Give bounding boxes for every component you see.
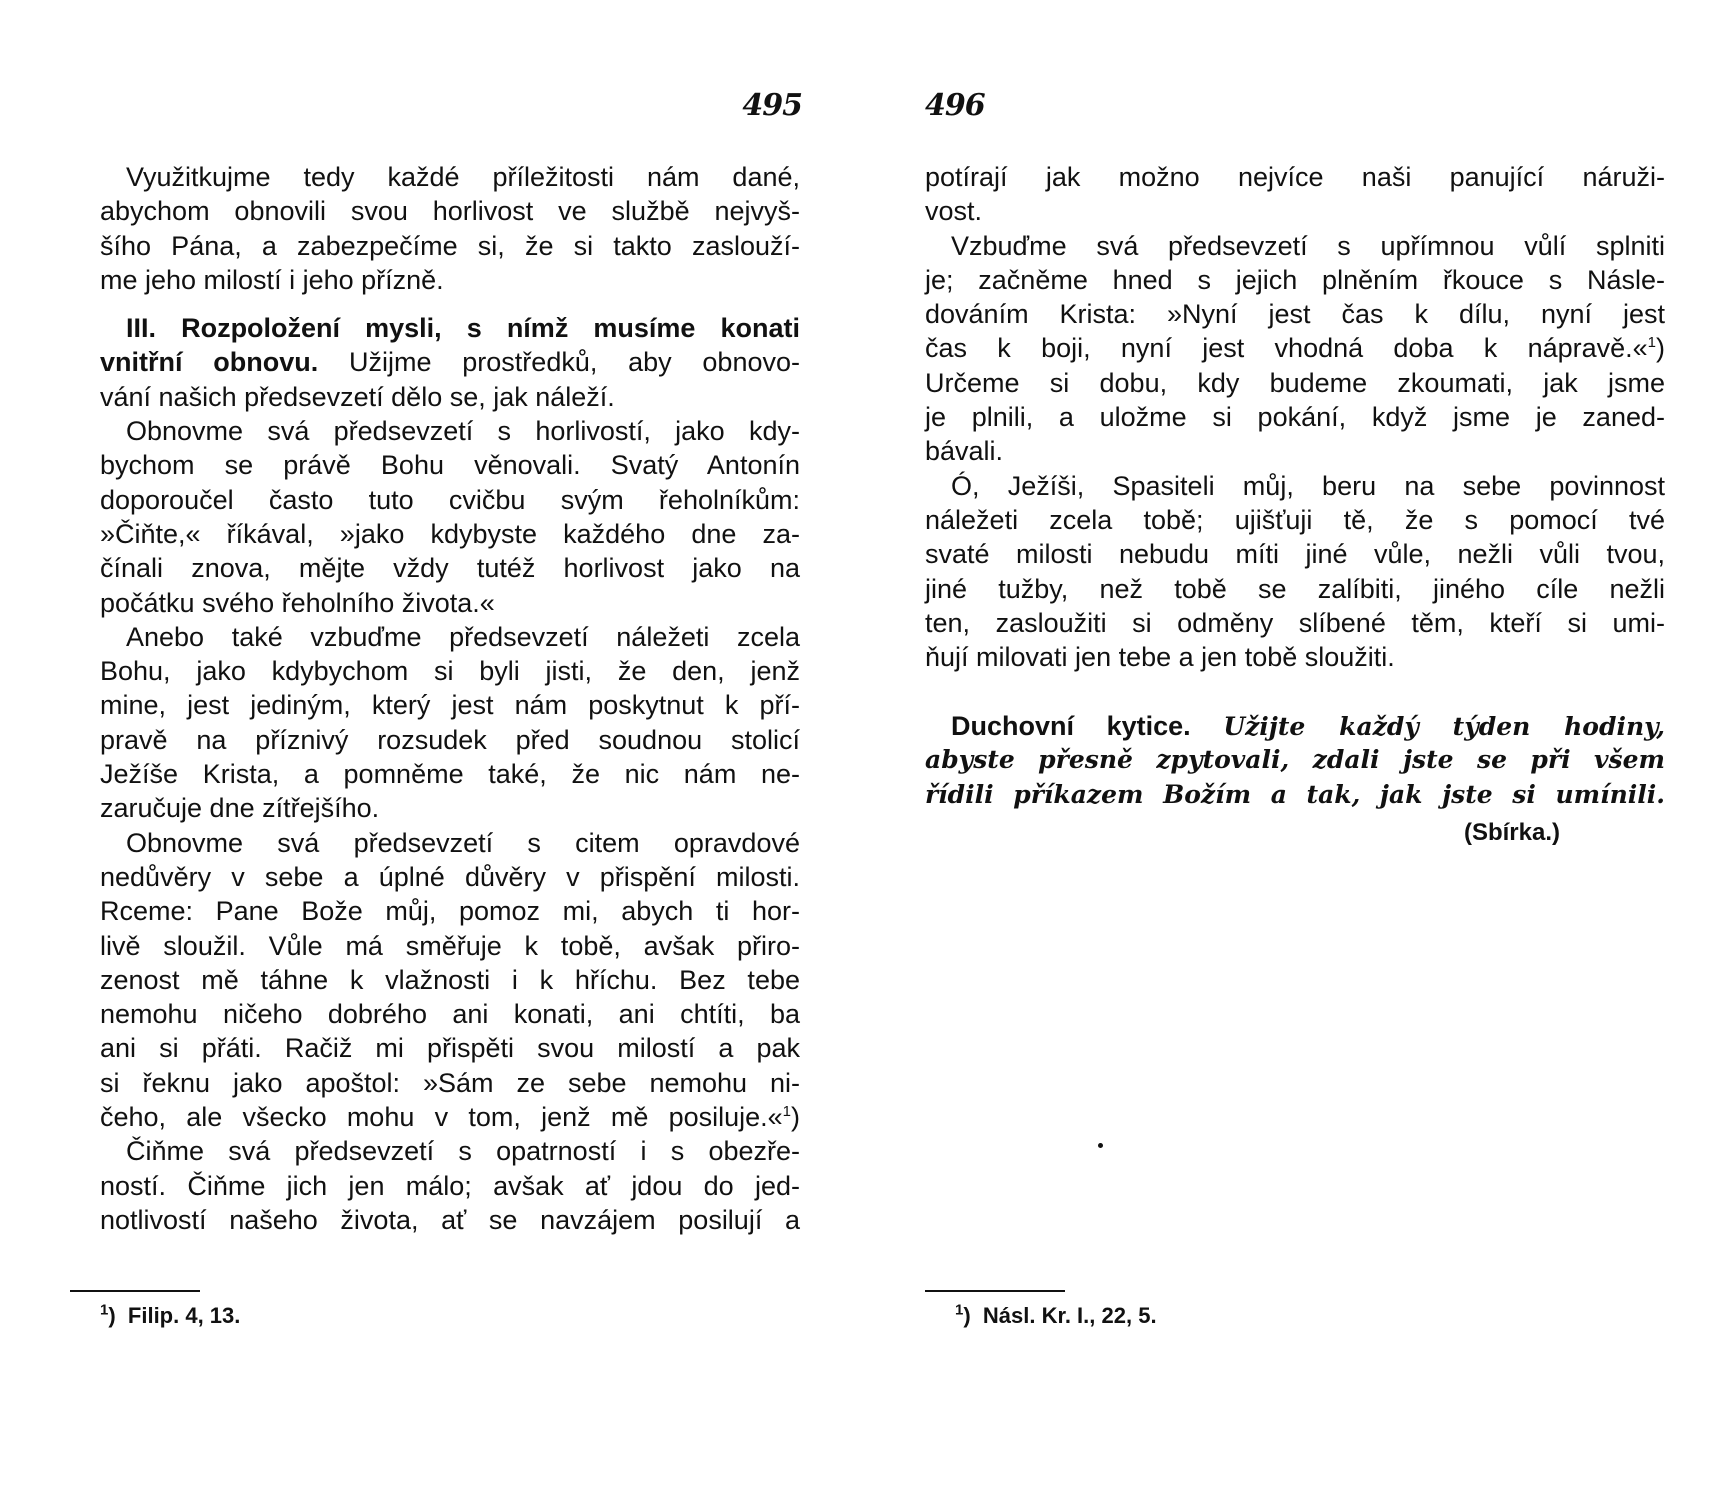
line-text: Ó, Ježíši, Spasiteli můj, beru na sebe p… — [951, 471, 1665, 501]
footnote-ref: 1 — [1648, 334, 1656, 351]
bouquet-label: Duchovní kytice. — [951, 711, 1191, 741]
paragraph-gap — [100, 297, 800, 311]
text-line: jiné tužby, než tobě se zalíbiti, jiného… — [925, 572, 1665, 606]
text-line: pravě na příznivý rozsudek před soudnou … — [100, 723, 800, 757]
line-text: je plnili, a uložme si pokání, když jsme… — [925, 402, 1665, 432]
text-line: III. Rozpoložení mysli, s nímž musíme ko… — [100, 311, 800, 345]
text-line: počátku svého řeholního života.« — [100, 586, 800, 620]
text-line: je; začněme hned s jejich plněním řkouce… — [925, 263, 1665, 297]
text-line: Čiňme svá předsevzetí s opatrností i s o… — [100, 1134, 800, 1168]
line-text: čeho, ale všecko mohu v tom, jenž mě pos… — [100, 1102, 783, 1132]
speck — [1098, 1143, 1103, 1148]
footnote: 1) Filip. 4, 13. — [100, 1303, 240, 1329]
footnote-text: Násl. Kr. I., 22, 5. — [983, 1303, 1157, 1328]
line-text: vost. — [925, 196, 982, 226]
text-line: čas k boji, nyní jest vhodná doba k nápr… — [925, 331, 1665, 365]
line-text: nedůvěry v sebe a úplné důvěry v přispěn… — [100, 862, 800, 892]
line-text: Bohu, jako kdybychom si byli jisti, že d… — [100, 656, 800, 686]
line-text: bávali. — [925, 436, 1003, 466]
text-line: čínali znova, mějte vždy tutéž horlivost… — [100, 551, 800, 585]
line-text: jiné tužby, než tobě se zalíbiti, jiného… — [925, 574, 1665, 604]
line-text: abychom obnovili svou horlivost ve služb… — [100, 196, 800, 226]
text-line: Rceme: Pane Bože můj, pomoz mi, abych ti… — [100, 894, 800, 928]
line-text: náležeti zcela tobě; ujišťuji tě, že s p… — [925, 505, 1665, 535]
text-line: ani si přáti. Račiž mi přispěti svou mil… — [100, 1031, 800, 1065]
section-heading: III. Rozpoložení mysli, s nímž musíme ko… — [126, 313, 800, 343]
text-line: doporoučel často tuto cvičbu svým řeholn… — [100, 483, 800, 517]
footnote: 1) Násl. Kr. I., 22, 5. — [955, 1303, 1157, 1329]
line-text: nemohu ničeho dobrého ani konati, ani ch… — [100, 999, 800, 1029]
footnote-rule — [925, 1290, 1065, 1292]
line-text: čas k boji, nyní jest vhodná doba k nápr… — [925, 333, 1648, 363]
line-text: Ježíše Krista, a pomněme také, že nic ná… — [100, 759, 800, 789]
line-text: doporoučel často tuto cvičbu svým řeholn… — [100, 485, 800, 515]
text-line: mine, jest jediným, který jest nám posky… — [100, 688, 800, 722]
text-line: dováním Krista: »Nyní jest čas k dílu, n… — [925, 297, 1665, 331]
text-line: je plnili, a uložme si pokání, když jsme… — [925, 400, 1665, 434]
line-text: potírají jak možno nejvíce naši panující… — [925, 162, 1665, 192]
bouquet-text: Užijte každý týden hodiny, — [1223, 712, 1665, 741]
text-line: bychom se právě Bohu věnovali. Svatý Ant… — [100, 448, 800, 482]
text-line: ten, zasloužiti si odměny slíbené těm, k… — [925, 606, 1665, 640]
line-text: čínali znova, mějte vždy tutéž horlivost… — [100, 553, 800, 583]
text-line: Obnovme svá předsevzetí s citem opravdov… — [100, 826, 800, 860]
line-text: si řeknu jako apoštol: »Sám ze sebe nemo… — [100, 1068, 800, 1098]
text-line: potírají jak možno nejvíce naši panující… — [925, 160, 1665, 194]
text-line: Anebo také vzbuďme předsevzetí náležeti … — [100, 620, 800, 654]
right-page: 496 potírají jak možno nejvíce naši panu… — [925, 0, 1665, 1500]
bouquet-source: (Sbírka.) — [925, 816, 1665, 850]
text-line: Bohu, jako kdybychom si byli jisti, že d… — [100, 654, 800, 688]
text-line: nedůvěry v sebe a úplné důvěry v přispěn… — [100, 860, 800, 894]
text-line: zenost mě táhne k vlažnosti i k hříchu. … — [100, 963, 800, 997]
text-line: si řeknu jako apoštol: »Sám ze sebe nemo… — [100, 1066, 800, 1100]
text-line: livě sloužil. Vůle má směřuje k tobě, av… — [100, 929, 800, 963]
text-line: ňují milovati jen tebe a jen tobě slouži… — [925, 640, 1665, 674]
spiritual-bouquet: Duchovní kytice. Užijte každý týden hodi… — [925, 709, 1665, 850]
text-line: notlivostí našeho života, ať se navzájem… — [100, 1203, 800, 1237]
left-page: 495 Využitkujme tedy každé příležitosti … — [100, 0, 800, 1500]
text-line: »Čiňte,« říkával, »jako kdybyste každého… — [100, 517, 800, 551]
line-text: ten, zasloužiti si odměny slíbené těm, k… — [925, 608, 1665, 638]
footnote-ref-paren: ) — [791, 1102, 800, 1132]
footnote-ref: 1 — [783, 1103, 791, 1120]
line-text: Užijme prostředků, aby obnovo- — [318, 347, 800, 377]
page-number: 496 — [925, 88, 985, 123]
text-line: Ó, Ježíši, Spasiteli můj, beru na sebe p… — [925, 469, 1665, 503]
line-text: Určeme si dobu, kdy budeme zkoumati, jak… — [925, 368, 1665, 398]
footnote-text: Filip. 4, 13. — [128, 1303, 240, 1328]
line-text: ností. Čiňme jich jen málo; avšak ať jdo… — [100, 1171, 800, 1201]
page-body: Využitkujme tedy každé příležitosti nám … — [100, 160, 800, 1237]
line-text: počátku svého řeholního života.« — [100, 588, 495, 618]
line-text: ani si přáti. Račiž mi přispěti svou mil… — [100, 1033, 800, 1063]
line-text: bychom se právě Bohu věnovali. Svatý Ant… — [100, 450, 800, 480]
text-line: Vzbuďme svá předsevzetí s upřímnou vůlí … — [925, 229, 1665, 263]
line-text: livě sloužil. Vůle má směřuje k tobě, av… — [100, 931, 800, 961]
text-line: šího Pána, a zabezpečíme si, že si takto… — [100, 229, 800, 263]
line-text: pravě na příznivý rozsudek před soudnou … — [100, 725, 800, 755]
text-line: náležeti zcela tobě; ujišťuji tě, že s p… — [925, 503, 1665, 537]
line-text: notlivostí našeho života, ať se navzájem… — [100, 1205, 800, 1235]
text-line: nemohu ničeho dobrého ani konati, ani ch… — [100, 997, 800, 1031]
line-text: Využitkujme tedy každé příležitosti nám … — [126, 162, 800, 192]
line-text: »Čiňte,« říkával, »jako kdybyste každého… — [100, 519, 800, 549]
text-line: Využitkujme tedy každé příležitosti nám … — [100, 160, 800, 194]
text-line: vání našich předsevzetí dělo se, jak nál… — [100, 380, 800, 414]
line-text: Obnovme svá předsevzetí s citem opravdov… — [126, 828, 800, 858]
line-text: Čiňme svá předsevzetí s opatrností i s o… — [126, 1136, 800, 1166]
text-line: Obnovme svá předsevzetí s horlivostí, ja… — [100, 414, 800, 448]
text-line: Ježíše Krista, a pomněme také, že nic ná… — [100, 757, 800, 791]
line-text: vání našich předsevzetí dělo se, jak nál… — [100, 382, 615, 412]
text-line: vnitřní obnovu. Užijme prostředků, aby o… — [100, 345, 800, 379]
text-line: ností. Čiňme jich jen málo; avšak ať jdo… — [100, 1169, 800, 1203]
line-text: je; začněme hned s jejich plněním řkouce… — [925, 265, 1665, 295]
line-text: šího Pána, a zabezpečíme si, že si takto… — [100, 231, 800, 261]
text-line: bávali. — [925, 434, 1665, 468]
line-text: zenost mě táhne k vlažnosti i k hříchu. … — [100, 965, 800, 995]
line-text: Vzbuďme svá předsevzetí s upřímnou vůlí … — [951, 231, 1665, 261]
line-text: me jeho milostí i jeho přízně. — [100, 265, 444, 295]
text-line: vost. — [925, 194, 1665, 228]
bouquet-line: abyste přesně zpytovali, zdali jste se p… — [925, 743, 1665, 777]
line-text: svaté milosti nebudu míti jiné vůle, než… — [925, 539, 1665, 569]
line-text: Obnovme svá předsevzetí s horlivostí, ja… — [126, 416, 800, 446]
text-line: čeho, ale všecko mohu v tom, jenž mě pos… — [100, 1100, 800, 1134]
text-line: abychom obnovili svou horlivost ve služb… — [100, 194, 800, 228]
footnote-rule — [70, 1290, 200, 1292]
footnote-ref-paren: ) — [1656, 333, 1665, 363]
line-text: Anebo také vzbuďme předsevzetí náležeti … — [126, 622, 800, 652]
text-line: svaté milosti nebudu míti jiné vůle, než… — [925, 537, 1665, 571]
line-text: Rceme: Pane Bože můj, pomoz mi, abych ti… — [100, 896, 800, 926]
text-line: me jeho milostí i jeho přízně. — [100, 263, 800, 297]
section-heading: vnitřní obnovu. — [100, 347, 318, 377]
line-text: zaručuje dne zítřejšího. — [100, 793, 379, 823]
line-text: dováním Krista: »Nyní jest čas k dílu, n… — [925, 299, 1665, 329]
line-text: mine, jest jediným, který jest nám posky… — [100, 690, 800, 720]
bouquet-line: řídili příkazem Božím a tak, jak jste si… — [925, 778, 1665, 812]
text-line: zaručuje dne zítřejšího. — [100, 791, 800, 825]
page-body: potírají jak možno nejvíce naši panující… — [925, 160, 1665, 674]
bouquet-line: Duchovní kytice. Užijte každý týden hodi… — [925, 709, 1665, 743]
line-text: ňují milovati jen tebe a jen tobě slouži… — [925, 642, 1395, 672]
page-number: 495 — [742, 88, 802, 123]
text-line: Určeme si dobu, kdy budeme zkoumati, jak… — [925, 366, 1665, 400]
